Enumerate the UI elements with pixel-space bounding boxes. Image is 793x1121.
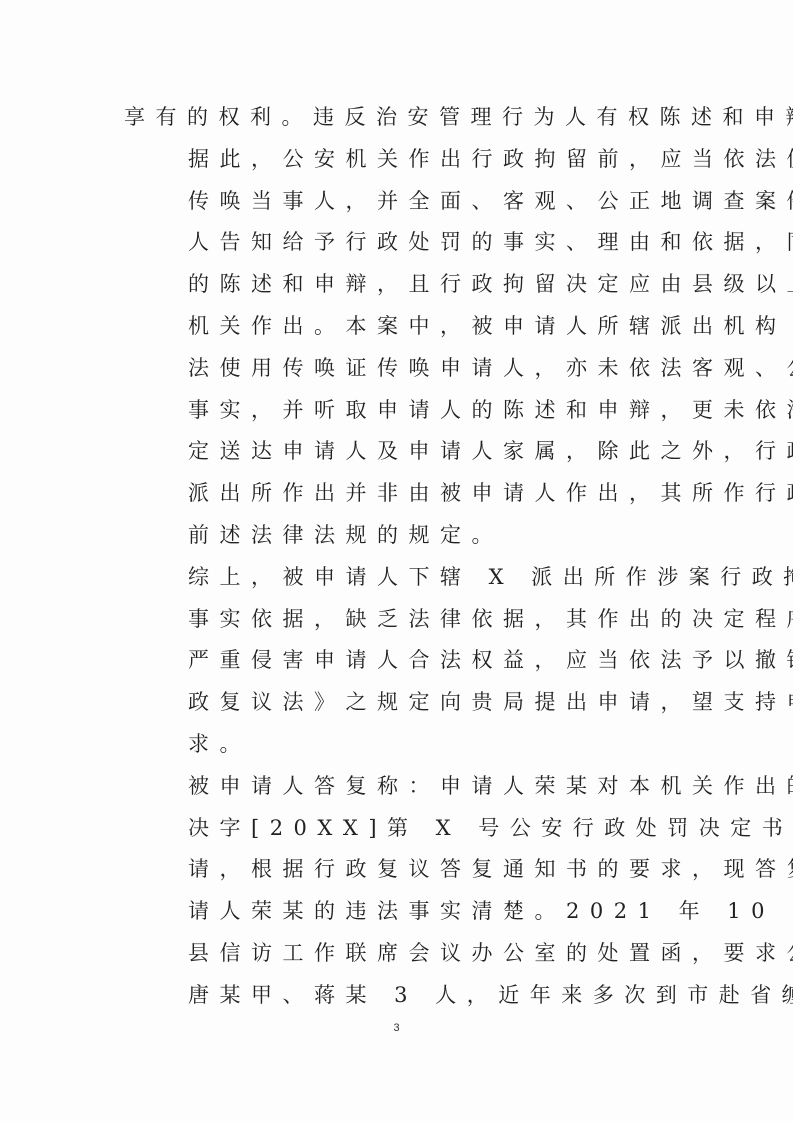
text-line: 前述法律法规的规定。 (124, 515, 669, 557)
text-line: 请人荣某的违法事实清楚。2021 年 10 月 30 日，我局接到 X (124, 891, 669, 933)
text-line: 事实依据，缺乏法律依据，其作出的决定程序明显违法，已 (124, 599, 669, 641)
text-line: 综上，被申请人下辖 X 派出所作涉案行政拘留决定缺乏 (124, 557, 669, 599)
text-line: 机关作出。本案中，被申请人所辖派出机构 X 派出所既未依 (124, 306, 669, 348)
text-line: 法使用传唤证传唤申请人，亦未依法客观、公正地调查案件 (124, 348, 669, 390)
text-line: 请，根据行政复议答复通知书的要求，现答复如下：一、申 (124, 849, 669, 891)
text-line: 被申请人答复称：申请人荣某对本机关作出的东公（大） (124, 766, 669, 808)
text-line: 事实，并听取申请人的陈述和申辩，更未依法将行政拘留决 (124, 390, 669, 432)
text-line: 人告知给予行政处罚的事实、理由和依据，同时听取当事人 (124, 222, 669, 264)
page-number: 3 (0, 1022, 793, 1034)
text-line: 政复议法》之规定向贵局提出申请，望支持申请人的复议请 (124, 682, 669, 724)
text-line: 求。 (124, 724, 669, 766)
text-line: 定送达申请人及申请人家属，除此之外，行政拘留决定系 X (124, 431, 669, 473)
text-line: 严重侵害申请人合法权益，应当依法予以撤销，故根据《行 (124, 640, 669, 682)
text-line: 传唤当事人，并全面、客观、公正地调查案件事实，向当事 (124, 181, 669, 223)
text-line: 据此，公安机关作出行政拘留前，应当依法使用传唤证 (124, 139, 669, 181)
text-line: 唐某甲、蒋某 3 人，近年来多次到市赴省缠访闹访，到京越 (124, 975, 669, 1017)
paragraph-quote-end: 享有的权利。违反治安管理行为人有权陈述和申辩。” (124, 97, 669, 139)
document-page: 享有的权利。违反治安管理行为人有权陈述和申辩。” 据此，公安机关作出行政拘留前，… (0, 0, 793, 1121)
text-line: 的陈述和申辩，且行政拘留决定应由县级以上人民政府公安 (124, 264, 669, 306)
body-text: 享有的权利。违反治安管理行为人有权陈述和申辩。” 据此，公安机关作出行政拘留前，… (124, 97, 669, 1017)
text-line: 县信访工作联席会议办公室的处置函，要求公安机关对荣某、 (124, 933, 669, 975)
paragraph-legal-analysis: 据此，公安机关作出行政拘留前，应当依法使用传唤证 传唤当事人，并全面、客观、公正… (124, 139, 669, 557)
text-line: 决字[20XX]第 X 号公安行政处罚决定书不服提出行政复议申 (124, 808, 669, 850)
text-line: 享有的权利。违反治安管理行为人有权陈述和申辩。” (124, 97, 669, 139)
paragraph-respondent-reply: 被申请人答复称：申请人荣某对本机关作出的东公（大） 决字[20XX]第 X 号公… (124, 766, 669, 1017)
paragraph-conclusion: 综上，被申请人下辖 X 派出所作涉案行政拘留决定缺乏 事实依据，缺乏法律依据，其… (124, 557, 669, 766)
text-line: 派出所作出并非由被申请人作出，其所作行政拘留决定有违 (124, 473, 669, 515)
